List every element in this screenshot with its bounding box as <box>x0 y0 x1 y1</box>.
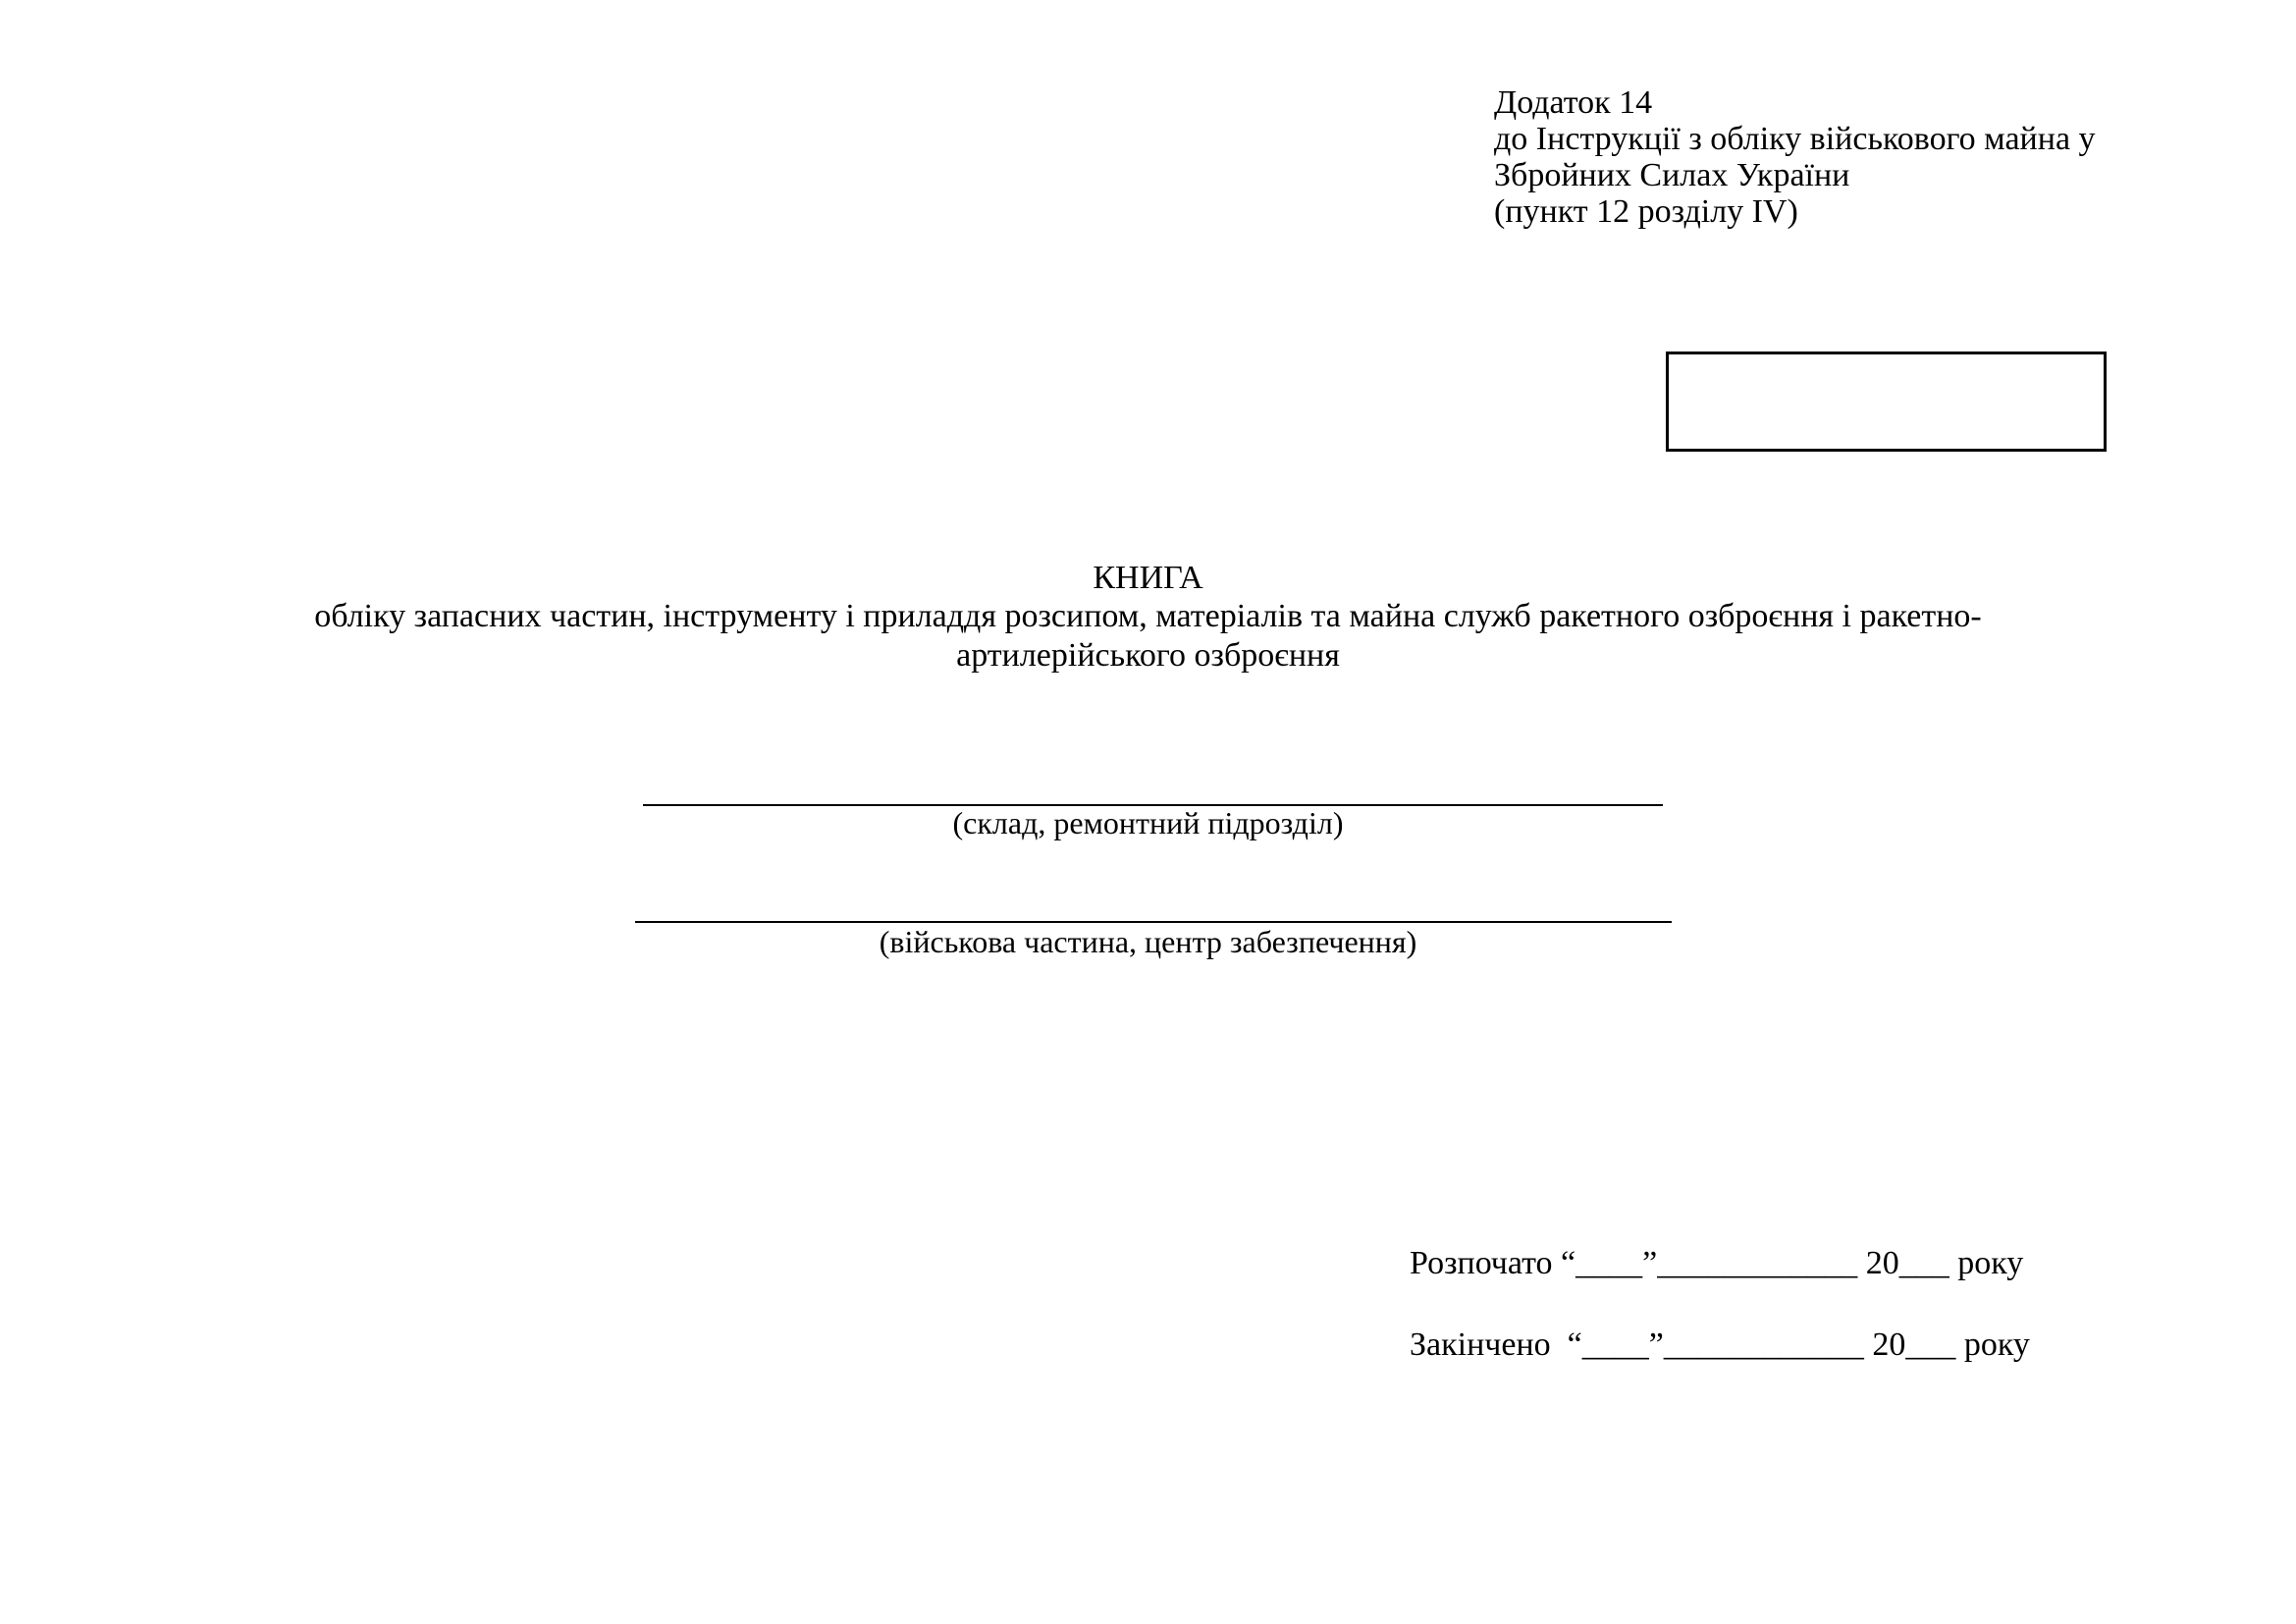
appendix-instruction-line: Збройних Силах України <box>1494 157 2096 193</box>
military-unit-fill-line[interactable] <box>635 921 1672 923</box>
book-subtitle-line: артилерійського озброєння <box>0 636 2296 676</box>
appendix-clause: (пункт 12 розділу IV) <box>1494 193 2096 230</box>
end-date-field[interactable]: “____”____________ 20___ року <box>1559 1326 2030 1363</box>
military-unit-caption: (військова частина, центр забезпечення) <box>0 924 2296 960</box>
warehouse-caption: (склад, ремонтний підрозділ) <box>0 805 2296 841</box>
appendix-instruction-line: до Інструкції з обліку військового майна… <box>1494 121 2096 157</box>
start-date-label: Розпочато <box>1410 1245 1553 1281</box>
registration-number-box[interactable] <box>1666 352 2107 452</box>
appendix-number: Додаток 14 <box>1494 84 2096 121</box>
end-date-label: Закінчено <box>1410 1326 1551 1363</box>
start-date-field[interactable]: “____”____________ 20___ року <box>1561 1245 2023 1281</box>
start-date-row: Розпочато “____”____________ 20___ року <box>1410 1245 2023 1282</box>
book-subtitle-line: обліку запасних частин, інструменту і пр… <box>0 597 2296 636</box>
document-title: КНИГА обліку запасних частин, інструмент… <box>0 560 2296 676</box>
book-heading: КНИГА <box>0 560 2296 597</box>
appendix-reference: Додаток 14 до Інструкції з обліку військ… <box>1494 84 2096 230</box>
end-date-row: Закінчено “____”____________ 20___ року <box>1410 1326 2030 1364</box>
